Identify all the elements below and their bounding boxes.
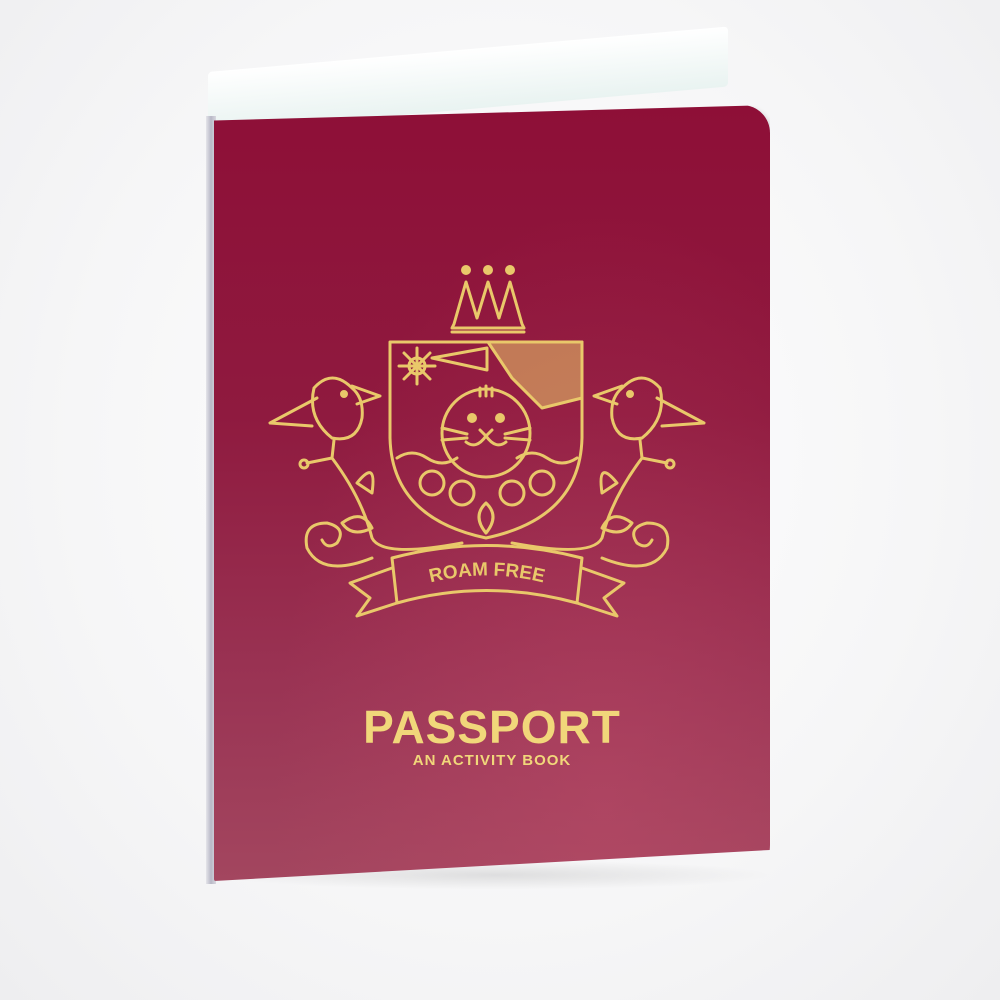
cover-title: PASSPORT (214, 700, 770, 754)
ribbon-banner-icon (350, 546, 624, 617)
bird-icon-left (270, 378, 380, 468)
cover-subtitle: AN ACTIVITY BOOK (214, 752, 770, 769)
vine-scroll-ornaments (306, 458, 668, 566)
bird-icon-right (594, 378, 704, 468)
coat-of-arms-emblem: ROAM FREE (262, 258, 712, 628)
cat-face-icon (442, 386, 530, 477)
shield-crest-icon (390, 342, 582, 538)
motto-text: ROAM FREE (427, 559, 547, 587)
crown-icon (452, 267, 524, 333)
